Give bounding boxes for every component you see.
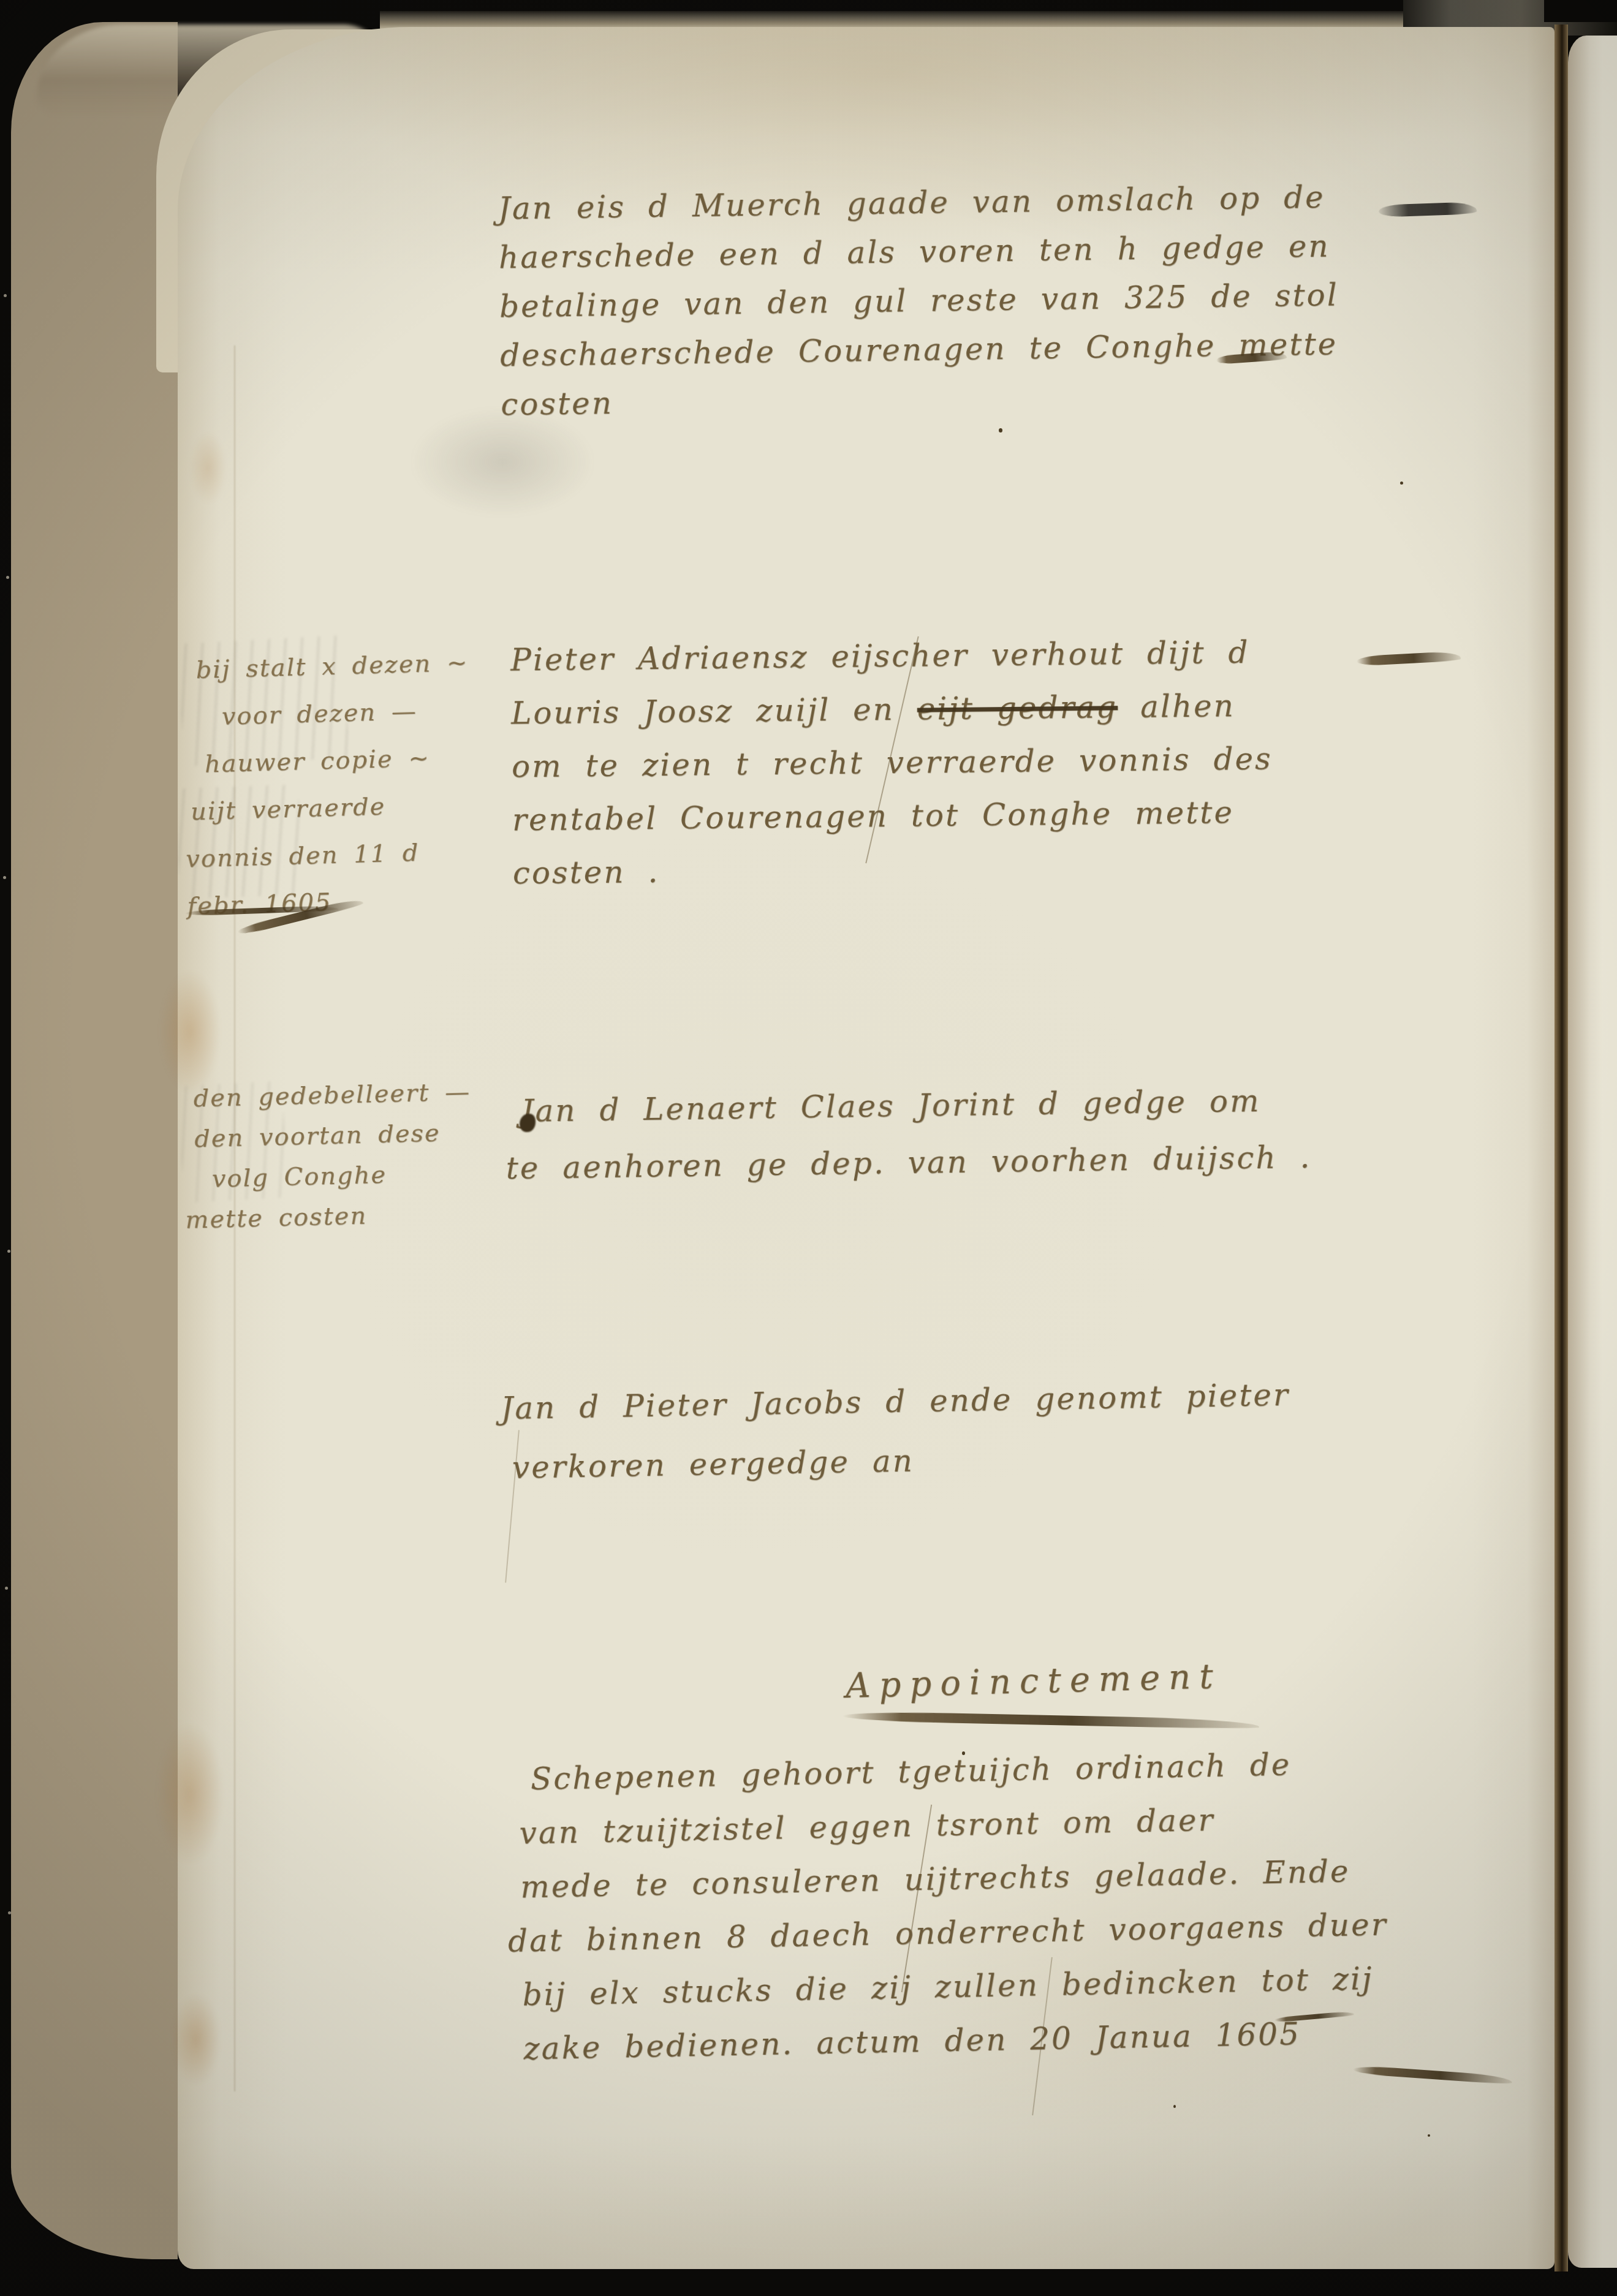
foxing-stain [190,431,227,505]
text-line: Jan d Lenaert Claes Jorint d gedge om [521,1072,1311,1140]
entry-3-margin-note: den gedebelleert — den voortan dese volg… [182,1071,474,1240]
dust-speck [7,1250,10,1253]
ink-speck [962,1751,965,1755]
dust-speck [3,876,6,879]
margin-line: vonnis den 11 d [185,828,474,883]
ink-speck [1173,2105,1176,2108]
dust-speck [6,576,9,579]
margin-line: volg Conghe [211,1152,473,1199]
margin-line: uijt verraerde [190,780,473,836]
struck-text: eijt gedrag [917,689,1118,727]
book-fore-edge [11,22,178,2259]
manuscript-photograph: Jan eis d Muerch gaade van omslach op de… [0,0,1617,2296]
entry-4: Jan d Pieter Jacobs d ende genomt pieter… [500,1365,1291,1498]
entry-2-margin-note: bij stalt x dezen ~ voor dezen — hauwer … [180,640,476,931]
binding-gutter-shadow [1555,25,1568,2271]
foxing-stain [156,1724,224,1865]
entry-2: Pieter Adriaensz eijscher verhout dijt d… [510,626,1274,901]
date-underline [1353,2065,1512,2085]
entry-3: Jan d Lenaert Claes Jorint d gedge om te… [505,1072,1312,1197]
dust-speck [8,1911,11,1914]
entry-5-appoinctement: Schepenen gehoort tgetuijch ordinach de … [518,1735,1390,2075]
ink-speck [1400,481,1403,485]
text-line: Pieter Adriaensz eijscher verhout dijt d [510,626,1272,687]
dust-speck [5,1587,8,1590]
ink-smear [1357,651,1461,667]
margin-line: den voortan dese [194,1112,472,1159]
margin-line: bij stalt x dezen ~ [195,640,469,694]
dust-speck [4,294,7,297]
text-line: om te zien t recht verraerde vonnis des [512,733,1273,794]
text-line: verkoren eergedge an [512,1425,1291,1498]
scan-background-patch [1544,0,1617,22]
margin-line: hauwer copie ~ [204,733,472,788]
ink-speck [999,428,1002,432]
margin-line: voor dezen — [221,687,471,741]
entry-1: Jan eis d Muerch gaade van omslach op de… [498,172,1340,429]
heading-underline [843,1711,1259,1729]
section-heading: Appoinctement [845,1656,1222,1706]
text-line: costen . [512,839,1274,900]
manuscript-page: Jan eis d Muerch gaade van omslach op de… [178,27,1555,2269]
text-line: te aenhoren ge dep. van voorhen duijsch … [506,1129,1312,1197]
text-line: rentabel Courenagen tot Conghe mette [512,785,1273,847]
ink-speck [1428,2134,1430,2137]
ink-smear [1379,202,1477,217]
margin-line: mette costen [185,1193,474,1240]
text-line: Louris Joosz zuijl en eijt gedrag alhen [511,679,1273,741]
margin-line: den gedebelleert — [193,1071,471,1119]
margin-line: febr. 1605 [186,875,475,930]
facing-page-edge [1568,36,1617,2268]
foxing-stain [159,970,221,1093]
text-segment: Louris Joosz zuijl en [511,692,917,731]
foxing-stain [172,1993,221,2085]
text-segment: alhen [1118,688,1235,725]
